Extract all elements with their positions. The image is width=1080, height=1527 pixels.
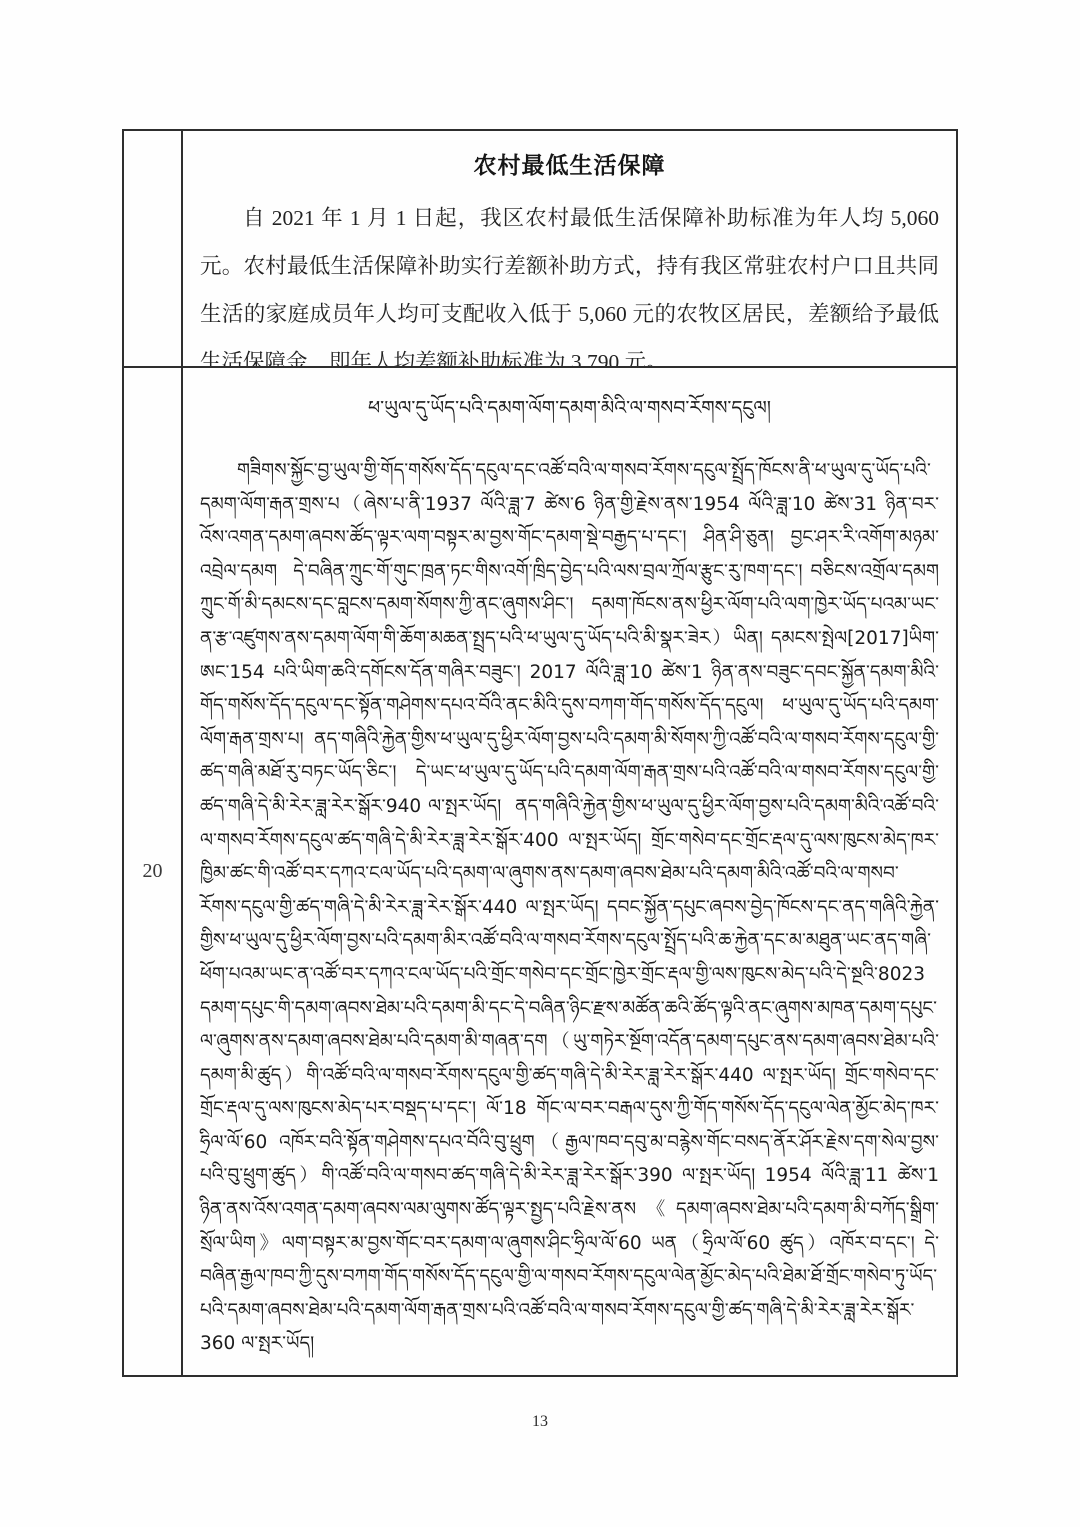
- tibetan-section-title: ཕ་ཡུལ་དུ་ཡོད་པའི་དམག་ལོག་དམག་མིའི་ལ་གསབ་…: [200, 386, 939, 440]
- page-number: 13: [0, 1413, 1080, 1431]
- tibetan-paragraph: གཟིགས་སྐྱོང་བྱ་ཡུལ་གྱི་གོད་གསོས་དོད་དངུལ…: [200, 454, 939, 1361]
- tibetan-content-cell: ཕ་ཡུལ་དུ་ཡོད་པའི་དམག་ལོག་དམག་མིའི་ལ་གསབ་…: [183, 368, 956, 1375]
- chinese-paragraph: 自 2021 年 1 月 1 日起，我区农村最低生活保障补助标准为年人均 5,0…: [200, 194, 939, 366]
- row-number-cell: 20: [124, 368, 183, 1375]
- chinese-row: 农村最低生活保障 自 2021 年 1 月 1 日起，我区农村最低生活保障补助标…: [124, 131, 956, 368]
- row-number-cell-empty: [124, 131, 183, 366]
- content-table: 农村最低生活保障 自 2021 年 1 月 1 日起，我区农村最低生活保障补助标…: [122, 129, 958, 1377]
- chinese-content-cell: 农村最低生活保障 自 2021 年 1 月 1 日起，我区农村最低生活保障补助标…: [183, 131, 956, 366]
- document-page: 农村最低生活保障 自 2021 年 1 月 1 日起，我区农村最低生活保障补助标…: [0, 0, 1080, 1527]
- chinese-section-title: 农村最低生活保障: [200, 147, 939, 180]
- row-number: 20: [143, 860, 163, 883]
- tibetan-row: 20 ཕ་ཡུལ་དུ་ཡོད་པའི་དམག་ལོག་དམག་མིའི་ལ་ག…: [124, 368, 956, 1375]
